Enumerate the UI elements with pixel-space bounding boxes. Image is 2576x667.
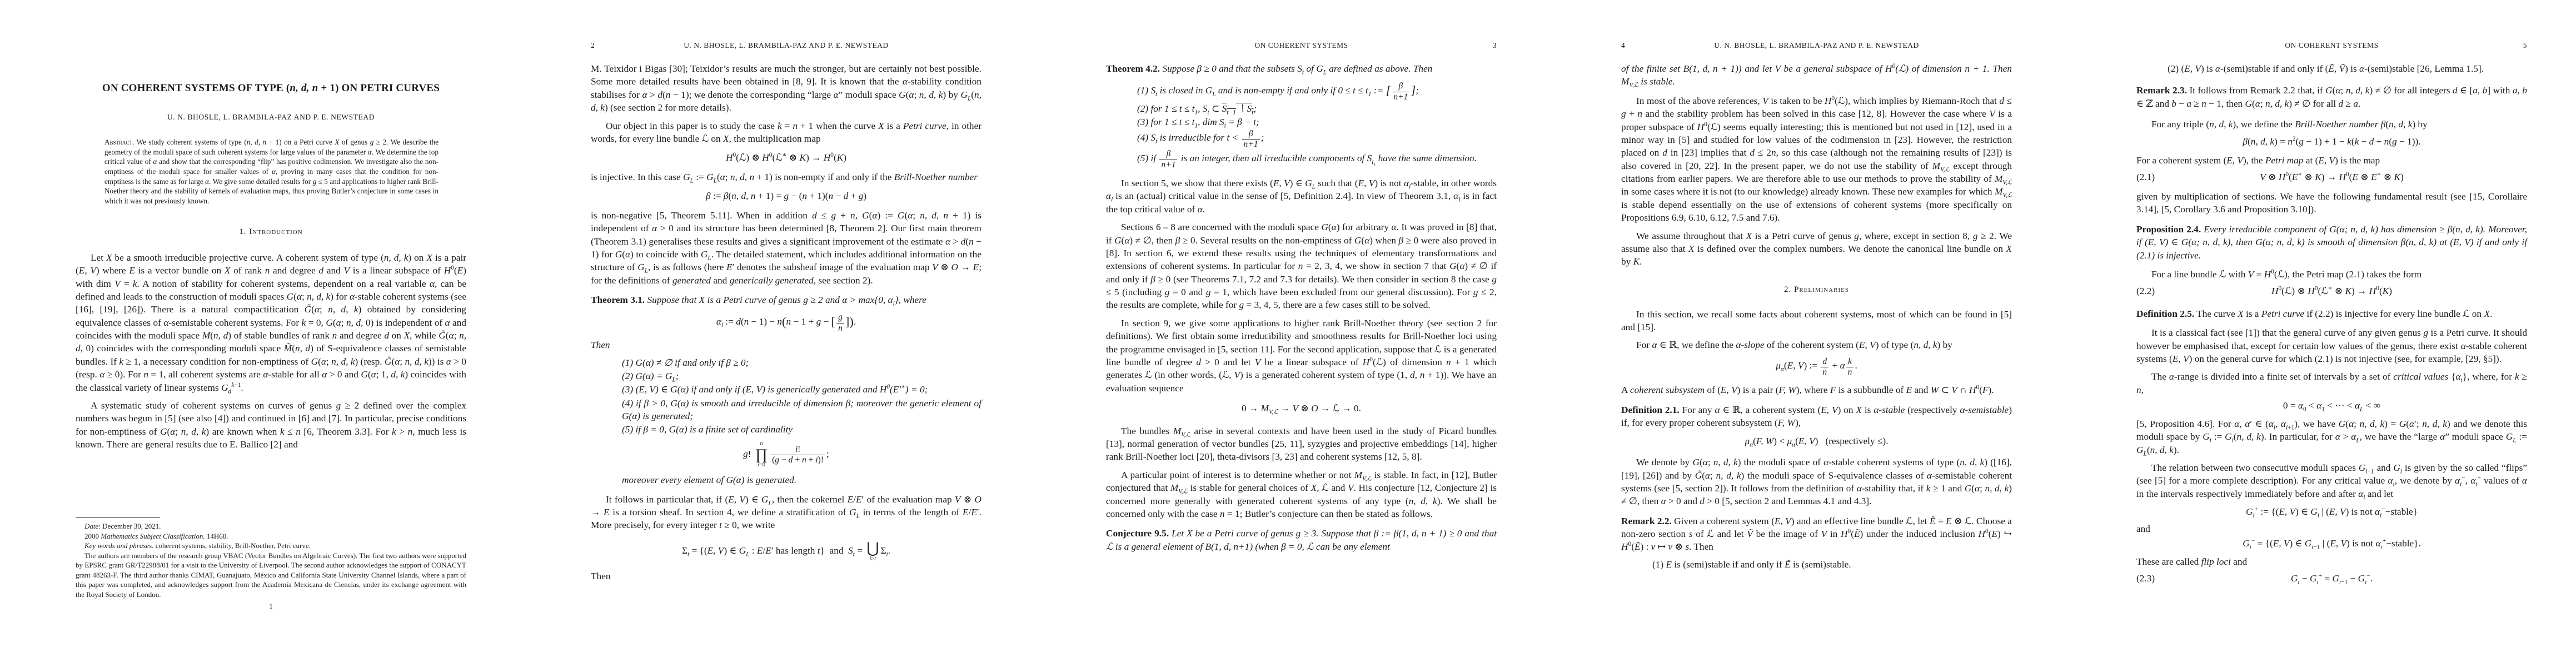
paragraph: A particular point of interest is to det… [1106,469,1497,521]
formula-body: H0(ℒ) ⊗ H0(ℒ∗ ⊗ K) → H0(K) [2271,286,2392,296]
authors-line: U. N. BHOSLE, L. BRAMBILA-PAZ AND P. E. … [76,113,466,122]
formula-body: V ⊗ H0(E∗ ⊗ K) → H0(E ⊗ E∗ ⊗ K) [2260,172,2404,182]
page-number: 1 [76,603,466,611]
paragraph: For a coherent system (E, V), the Petri … [2136,154,2527,167]
footnote: 2000 Mathematics Subject Classification.… [76,531,466,541]
page-1: ON COHERENT SYSTEMS OF TYPE (n, d, n + 1… [0,0,515,667]
paragraph: Then [591,570,981,583]
display-formula: H0(ℒ) ⊗ H0(ℒ∗ ⊗ K) → H0(K) [591,152,981,164]
paragraph: of the finite set B(1, d, n + 1)) and le… [1621,62,2012,88]
paragraph: [5, Proposition 4.6]. For α, α′ ∈ (αi, α… [2136,417,2527,456]
formula-body: μα(E, V) := dn + αkn. [1776,360,1857,371]
footnote: Date: December 30, 2021. [76,521,466,531]
formula-body: g! n∏i=0i!(g − d + n + i)!; [743,449,829,459]
paragraph: and [2136,522,2527,535]
paragraph: A coherent subsystem of (E, V) is a pair… [1621,384,2012,396]
page-5: ON COHERENT SYSTEMS5(2) (E, V) is α-(sem… [2061,0,2576,667]
paragraph: The α-range is divided into a finite set… [2136,370,2527,396]
display-formula: Σt = {(E, V) ∈ GL : E/E′ has length t} a… [591,541,981,563]
list-item: moreover every element of G(α) is genera… [622,474,981,486]
paragraph: M. Teixidor i Bigas [30]; Teixidor’s res… [591,62,981,115]
display-formula: g! n∏i=0i!(g − d + n + i)!; [591,441,981,469]
formula-body: β(n, d, k) = n2(g − 1) + 1 − k(k − d + n… [2243,136,2420,147]
display-formula: αl := d(n − 1) − n(n − 1 + g − [gn]). [591,313,981,333]
paragraph: given by multiplication of sections. We … [2136,190,2527,216]
list-item: (5) if βn+1 is an integer, then all irre… [1137,150,1497,170]
page-4: 4U. N. BHOSLE, L. BRAMBILA-PAZ AND P. E.… [1546,0,2061,667]
formula-body: Gi− = {(E, V) ∈ Gi−1 | (E, V) is not αi+… [2243,538,2421,549]
display-formula: (2.1)V ⊗ H0(E∗ ⊗ K) → H0(E ⊗ E∗ ⊗ K) [2136,171,2527,183]
list-item: (5) if β = 0, G(α) is a finite set of ca… [622,423,981,436]
paragraph: Then [591,339,981,351]
paragraph: For a line bundle ℒ with V = H0(ℒ), the … [2136,268,2527,281]
footnote-rule [76,517,160,518]
page-2: 2U. N. BHOSLE, L. BRAMBILA-PAZ AND P. E.… [515,0,1030,667]
equation-number: (2.2) [2136,285,2155,297]
list-item: (4) if β > 0, G(α) is smooth and irreduc… [622,397,981,423]
paragraph: These are called flip loci and [2136,555,2527,568]
theorem-block: Definition 2.5. The curve X is a Petri c… [2136,307,2527,320]
paragraph: We assume throughout that X is a Petri c… [1621,230,2012,268]
list-item: (2) G(α) = GL; [622,370,981,382]
paragraph: The relation between two consecutive mod… [2136,461,2527,500]
paragraph: Our object in this paper is to study the… [591,120,981,146]
paragraph: In section 5, we show that there exists … [1106,177,1497,216]
formula-body: Gi − Gi+ = Gi−1 − Gi−. [2291,573,2373,584]
list-item: (4) St is irreducible for t < βn+1; [1137,130,1497,150]
paragraph: The bundles MV,ℒ arise in several contex… [1106,425,1497,464]
paragraph: In section 9, we give some applications … [1106,317,1497,395]
display-formula: Gi+ := {(E, V) ∈ Gi | (E, V) is not αi−−… [2136,506,2527,518]
page-content: Theorem 4.2. Suppose β ≥ 0 and that the … [1106,0,1497,667]
equation-number: (2.3) [2136,573,2155,585]
list-item: (3) (E, V) ∈ G(α) if and only if (E, V) … [622,383,981,396]
formula-body: αl := d(n − 1) − n(n − 1 + g − [gn]). [716,316,856,327]
display-formula: μα(E, V) := dn + αkn. [1621,357,2012,377]
formula-body: Σt = {(E, V) ∈ GL : E/E′ has length t} a… [682,545,890,556]
display-formula: Gi− = {(E, V) ∈ Gi−1 | (E, V) is not αi+… [2136,537,2527,550]
formula-body: 0 = α0 < α1 < ⋯ < αL < ∞ [2283,400,2380,411]
equation-number: (2.1) [2136,171,2155,183]
formula-body: β := β(n, d, n + 1) = g − (n + 1)(n − d … [706,191,866,201]
paragraph: is injective. In this case GL := GL(α; n… [591,171,981,183]
paragraph: We denote by G(α; n, d, k) the moduli sp… [1621,456,2012,508]
page-content: (2) (E, V) is α-(semi)stable if and only… [2136,0,2527,667]
abstract: Abstract. We study coherent systems of t… [104,137,439,206]
section-heading: 2. Preliminaries [1621,285,2012,295]
paragraph: For any triple (n, d, k), we define the … [2136,118,2527,131]
section-heading: 1. Introduction [76,227,466,237]
display-formula: 0 = α0 < α1 < ⋯ < αL < ∞ [2136,400,2527,412]
footnote: Key words and phrases. coherent systems,… [76,541,466,550]
theorem-block: Proposition 2.4. Every irreducible compo… [2136,223,2527,262]
paragraph: is non-negative [5, Theorem 5.11]. When … [591,209,981,287]
formula-body: Gi+ := {(E, V) ∈ Gi | (E, V) is not αi−−… [2246,506,2418,517]
formula-body: μα(F, W) < μα(E, V) (respectively ≤). [1745,436,1888,446]
page-content: ON COHERENT SYSTEMS OF TYPE (n, d, n + 1… [76,0,466,667]
list-item: (1) G(α) ≠ ∅ if and only if β ≥ 0; [622,356,981,369]
formula-body: H0(ℒ) ⊗ H0(ℒ∗ ⊗ K) → H0(K) [726,152,846,163]
page-content: M. Teixidor i Bigas [30]; Teixidor’s res… [591,0,981,667]
list-item: (1) St is closed in GL and is non-empty … [1137,82,1497,102]
page-content: of the finite set B(1, d, n + 1)) and le… [1621,0,2012,667]
list-item: (1) E is (semi)stable if and only if Ẽ i… [1652,558,2012,571]
spacer [76,451,466,517]
list-item: (2) for 1 ≤ t ≤ t1, St ⊂ St−1 ∖ St; [1137,102,1497,115]
theorem-block: Remark 2.2. Given a coherent system (E, … [1621,515,2012,554]
list-item: (3) for 1 ≤ t ≤ t1, dim St = β − t; [1137,116,1497,128]
paragraph: Sections 6 – 8 are concerned with the mo… [1106,221,1497,312]
paragraph: Let X be a smooth irreducible projective… [76,251,466,394]
paragraph: For α ∈ ℝ, we define the α-slope of the … [1621,339,2012,351]
display-formula: 0 → MV,ℒ → V ⊗ O → ℒ → 0. [1106,402,1497,415]
display-formula: β(n, d, k) = n2(g − 1) + 1 − k(k − d + n… [2136,136,2527,148]
paragraph: In this section, we recall some facts ab… [1621,308,2012,334]
theorem-block: Definition 2.1. For any α ∈ ℝ, a coheren… [1621,404,2012,430]
theorem-block: Theorem 4.2. Suppose β ≥ 0 and that the … [1106,62,1497,75]
list-item: (2) (E, V) is α-(semi)stable if and only… [2168,62,2527,75]
display-formula: β := β(n, d, n + 1) = g − (n + 1)(n − d … [591,190,981,202]
theorem-block: Remark 2.3. It follows from Remark 2.2 t… [2136,84,2527,110]
theorem-block: Theorem 3.1. Suppose that X is a Petri c… [591,293,981,306]
paragraph: A systematic study of coherent systems o… [76,399,466,451]
display-formula: (2.2)H0(ℒ) ⊗ H0(ℒ∗ ⊗ K) → H0(K) [2136,285,2527,297]
paragraph: It is a classical fact (see [1]) that th… [2136,326,2527,365]
footnote: The authors are members of the research … [76,551,466,599]
paper-title: ON COHERENT SYSTEMS OF TYPE (n, d, n + 1… [76,82,466,94]
theorem-block: Conjecture 9.5. Let X be a Petri curve o… [1106,527,1497,553]
paragraph: It follows in particular that, if (E, V)… [591,493,981,532]
page-3: ON COHERENT SYSTEMS3Theorem 4.2. Suppose… [1030,0,1546,667]
display-formula: μα(F, W) < μα(E, V) (respectively ≤). [1621,435,2012,447]
paragraph: In most of the above references, V is ta… [1621,94,2012,225]
document-canvas: arXiv:0712.2215v1 [math.AG] 13 Dec 2007 … [0,0,2576,667]
formula-body: 0 → MV,ℒ → V ⊗ O → ℒ → 0. [1242,403,1361,414]
display-formula: (2.3)Gi − Gi+ = Gi−1 − Gi−. [2136,573,2527,585]
